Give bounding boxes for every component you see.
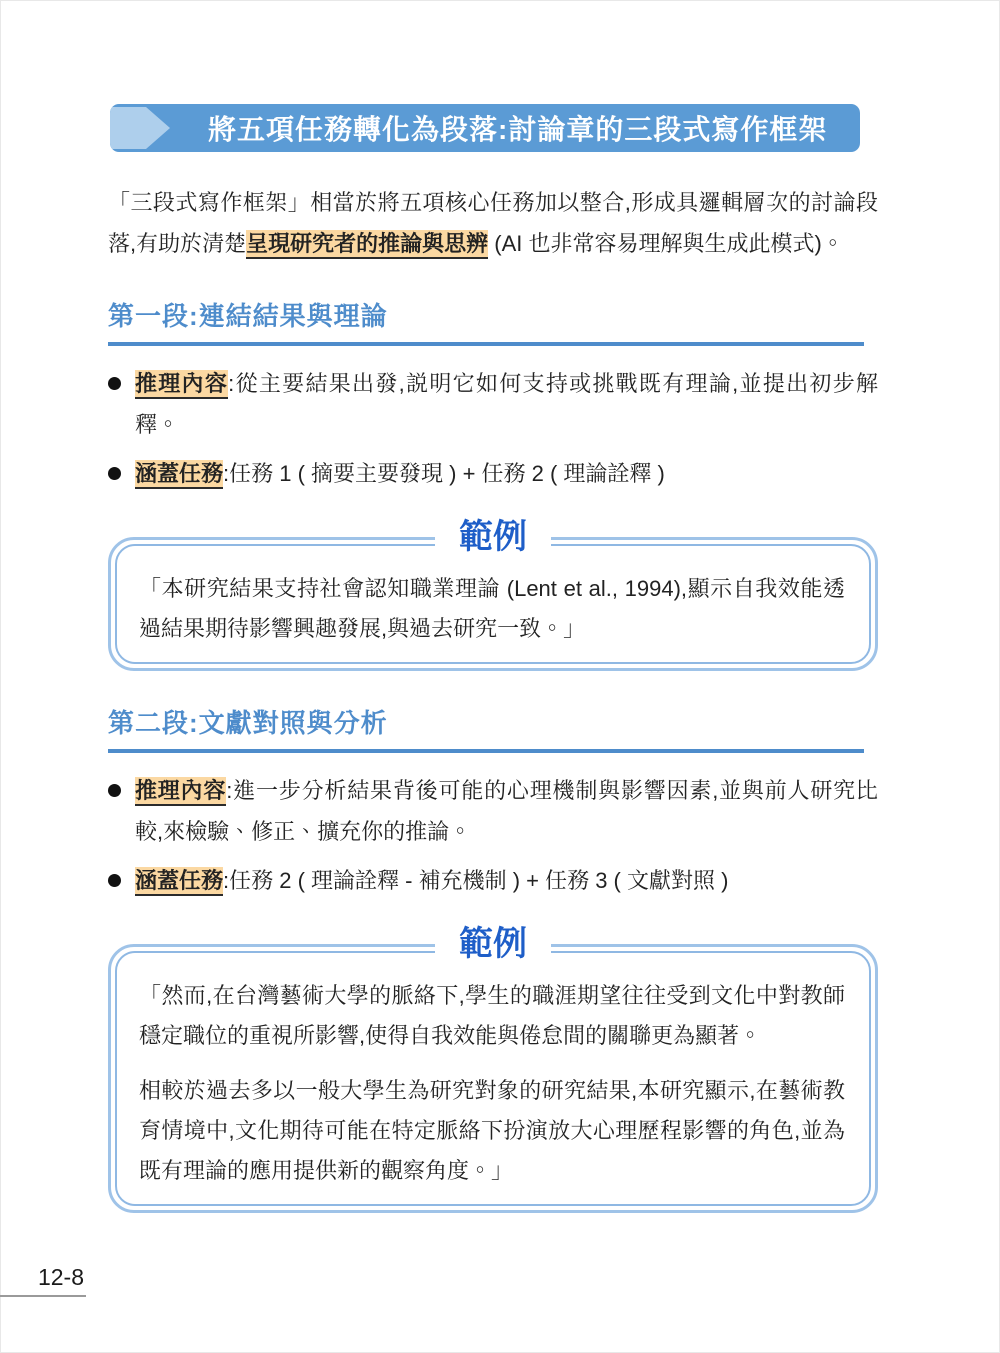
bullet-text: :任務 1 ( 摘要主要發現 ) + 任務 2 ( 理論詮釋 ) — [223, 461, 665, 486]
section-2-heading: 第二段:文獻對照與分析 — [108, 703, 864, 753]
bullet-item: 涵蓋任務:任務 1 ( 摘要主要發現 ) + 任務 2 ( 理論詮釋 ) — [108, 453, 878, 494]
bullet-label: 涵蓋任務 — [135, 460, 223, 489]
bullet-item: 涵蓋任務:任務 2 ( 理論詮釋 - 補充機制 ) + 任務 3 ( 文獻對照 … — [108, 860, 878, 901]
banner-title: 將五項任務轉化為段落:討論章的三段式寫作框架 — [110, 108, 827, 148]
bullet-icon — [108, 467, 121, 480]
example-border-outer: 「然而,在台灣藝術大學的脈絡下,學生的職涯期望往往受到文化中對教師穩定職位的重視… — [108, 944, 878, 1213]
bullet-label: 涵蓋任務 — [135, 867, 223, 896]
example-box: 範例 「本研究結果支持社會認知職業理論 (Lent et al., 1994),… — [108, 537, 878, 671]
example-paragraph: 相較於過去多以一般大學生為研究對象的研究結果,本研究顯示,在藝術教育情境中,文化… — [139, 1071, 845, 1191]
bullet-item: 推理內容:從主要結果出發,説明它如何支持或挑戰既有理論,並提出初步解釋。 — [108, 363, 878, 445]
bullet-label: 推理內容 — [135, 370, 228, 399]
bullet-text: :進一步分析結果背後可能的心理機制與影響因素,並與前人研究比較,來檢驗、修正、擴… — [135, 778, 878, 844]
section-2-bullets: 推理內容:進一步分析結果背後可能的心理機制與影響因素,並與前人研究比較,來檢驗、… — [108, 770, 878, 901]
section-paragraph-1: 第一段:連結結果與理論 推理內容:從主要結果出發,説明它如何支持或挑戰既有理論,… — [108, 296, 878, 671]
bullet-text: :任務 2 ( 理論詮釋 - 補充機制 ) + 任務 3 ( 文獻對照 ) — [223, 868, 728, 893]
page-number: 12-8 — [0, 1264, 86, 1297]
bullet-icon — [108, 377, 121, 390]
intro-text-after: (AI 也非常容易理解與生成此模式)。 — [488, 231, 844, 256]
bullet-icon — [108, 874, 121, 887]
bullet-label: 推理內容 — [135, 777, 226, 806]
bullet-item: 推理內容:進一步分析結果背後可能的心理機制與影響因素,並與前人研究比較,來檢驗、… — [108, 770, 878, 852]
section-1-heading: 第一段:連結結果與理論 — [108, 296, 864, 346]
section-paragraph-2: 第二段:文獻對照與分析 推理內容:進一步分析結果背後可能的心理機制與影響因素,並… — [108, 703, 878, 1213]
page-content: 將五項任務轉化為段落:討論章的三段式寫作框架 「三段式寫作框架」相當於將五項核心… — [0, 104, 1000, 1213]
example-border-inner: 「本研究結果支持社會認知職業理論 (Lent et al., 1994),顯示自… — [115, 544, 871, 664]
example-label: 範例 — [435, 922, 551, 966]
section-1-bullets: 推理內容:從主要結果出發,説明它如何支持或挑戰既有理論,並提出初步解釋。 涵蓋任… — [108, 363, 878, 494]
example-label: 範例 — [435, 515, 551, 559]
intro-paragraph: 「三段式寫作框架」相當於將五項核心任務加以整合,形成具邏輯層次的討論段落,有助於… — [108, 182, 878, 264]
example-border-inner: 「然而,在台灣藝術大學的脈絡下,學生的職涯期望往往受到文化中對教師穩定職位的重視… — [115, 951, 871, 1206]
intro-highlight: 呈現研究者的推論與思辨 — [246, 230, 488, 259]
book-page: 將五項任務轉化為段落:討論章的三段式寫作框架 「三段式寫作框架」相當於將五項核心… — [0, 0, 1000, 1353]
example-paragraph: 「本研究結果支持社會認知職業理論 (Lent et al., 1994),顯示自… — [139, 569, 845, 649]
bullet-text: :從主要結果出發,説明它如何支持或挑戰既有理論,並提出初步解釋。 — [135, 371, 878, 437]
bullet-icon — [108, 784, 121, 797]
example-box: 範例 「然而,在台灣藝術大學的脈絡下,學生的職涯期望往往受到文化中對教師穩定職位… — [108, 944, 878, 1213]
chapter-banner: 將五項任務轉化為段落:討論章的三段式寫作框架 — [110, 104, 860, 152]
example-paragraph: 「然而,在台灣藝術大學的脈絡下,學生的職涯期望往往受到文化中對教師穩定職位的重視… — [139, 976, 845, 1056]
